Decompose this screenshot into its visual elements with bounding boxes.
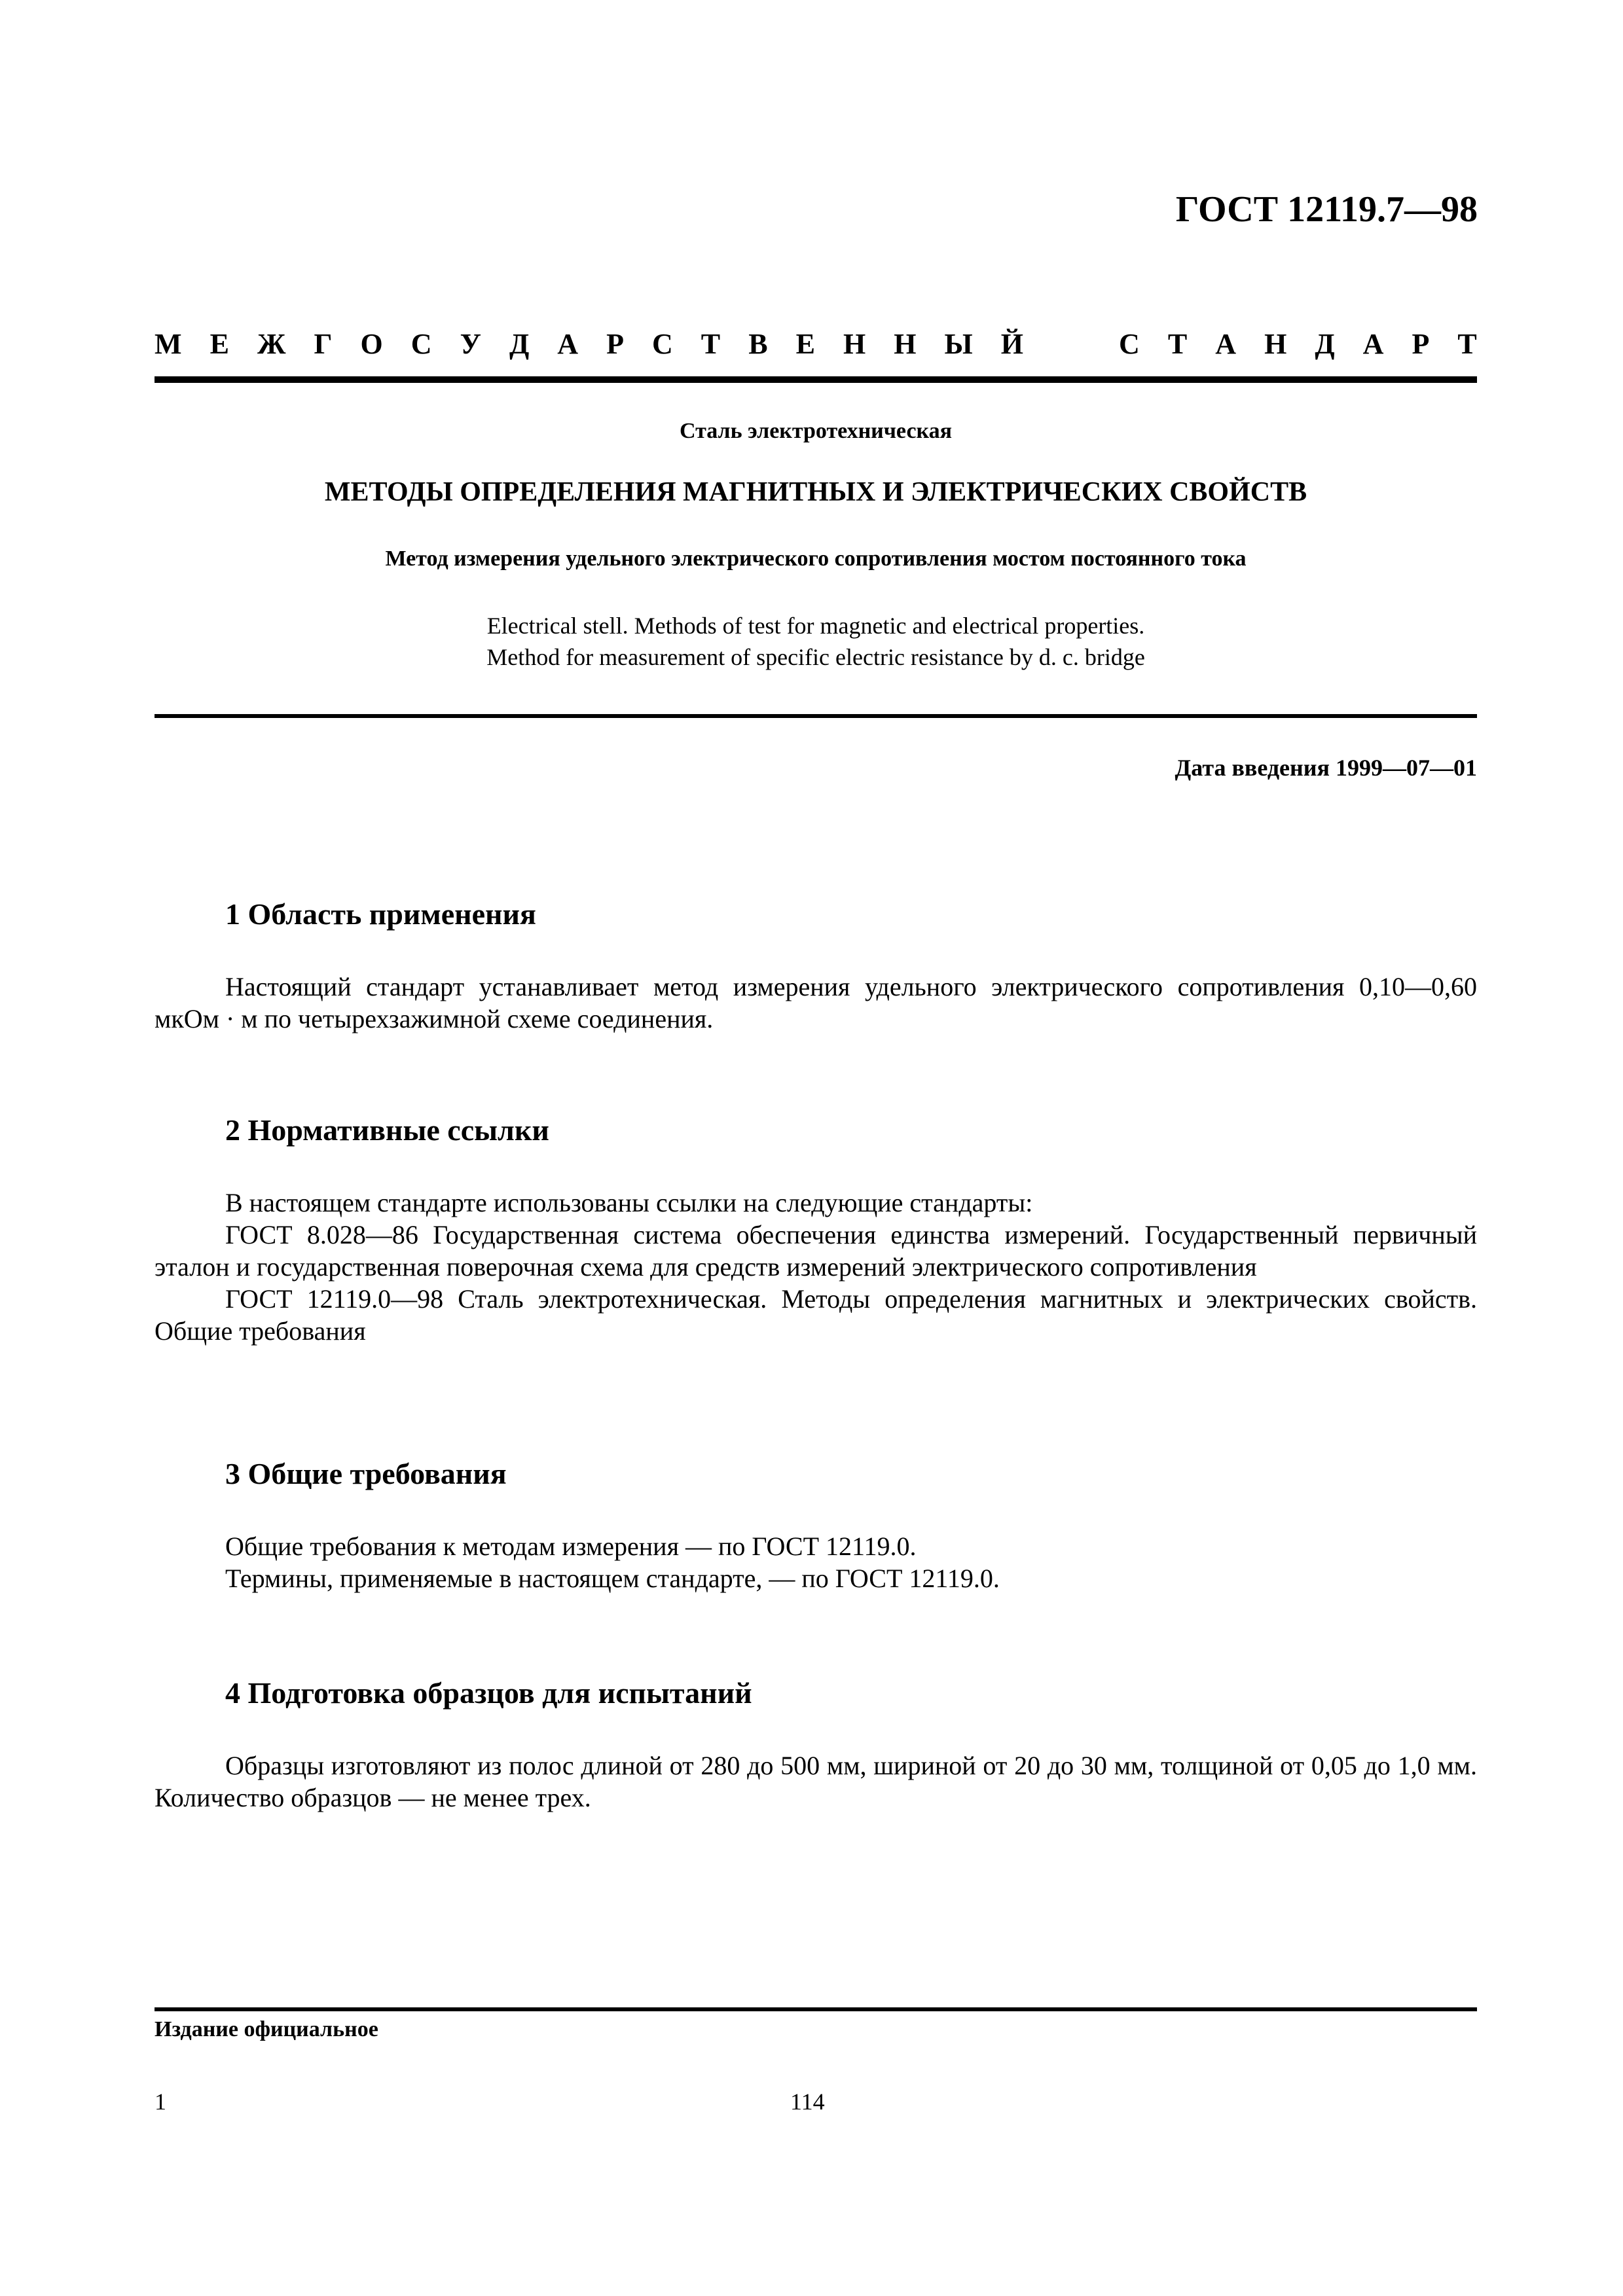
section-3-paragraph-2: Термины, применяемые в настоящем стандар… xyxy=(155,1562,1477,1594)
section-1-body: Настоящий стандарт устанавливает метод и… xyxy=(155,971,1477,1035)
section-4-heading: 4 Подготовка образцов для испытаний xyxy=(155,1676,1548,1710)
banner-letter: В xyxy=(748,327,767,367)
section-3-body: Общие требования к методам измерения — п… xyxy=(155,1530,1477,1594)
page-number-center: 114 xyxy=(790,2088,825,2115)
banner-letter: Й xyxy=(1001,327,1023,367)
banner-letter: Н xyxy=(1264,327,1286,367)
banner-letter: О xyxy=(361,327,383,367)
banner-letter: Е xyxy=(796,327,815,367)
section-2-body: В настоящем стандарте использованы ссылк… xyxy=(155,1187,1477,1347)
introduction-date: Дата введения 1999—07—01 xyxy=(155,754,1477,781)
banner-letter: С xyxy=(1119,327,1140,367)
section-3-heading: 3 Общие требования xyxy=(155,1456,1548,1491)
banner-letter: Н xyxy=(894,327,916,367)
section-4-body: Образцы изготовляют из полос длиной от 2… xyxy=(155,1749,1477,1814)
banner-letter: А xyxy=(1215,327,1236,367)
banner-letter: С xyxy=(411,327,432,367)
english-title-line-1: Electrical stell. Methods of test for ma… xyxy=(155,610,1477,641)
section-1-heading: 1 Область применения xyxy=(155,897,1548,931)
banner-letter: А xyxy=(1363,327,1384,367)
banner-letter: А xyxy=(557,327,578,367)
section-2-heading: 2 Нормативные ссылки xyxy=(155,1113,1548,1147)
subject-line: Сталь электротехническая xyxy=(155,419,1477,444)
banner-letter: Е xyxy=(210,327,229,367)
banner-letter: Р xyxy=(1412,327,1429,367)
title-block-rule xyxy=(155,714,1477,718)
banner-letter: Т xyxy=(701,327,720,367)
main-title: МЕТОДЫ ОПРЕДЕЛЕНИЯ МАГНИТНЫХ И ЭЛЕКТРИЧЕ… xyxy=(155,476,1477,508)
method-title: Метод измерения удельного электрического… xyxy=(155,547,1477,571)
banner-letter: С xyxy=(652,327,673,367)
banner-letter: Т xyxy=(1457,327,1476,367)
document-number: ГОСТ 12119.7—98 xyxy=(1176,188,1478,230)
footer-rule xyxy=(155,2007,1477,2011)
banner-letter: Г xyxy=(314,327,333,367)
english-title-line-2: Method for measurement of specific elect… xyxy=(155,641,1477,673)
header-rule xyxy=(155,376,1477,383)
banner-letter: Н xyxy=(843,327,866,367)
section-2-reference-gost-12119-0: ГОСТ 12119.0—98 Сталь электротехническая… xyxy=(155,1283,1477,1347)
banner-letter: М xyxy=(155,327,182,367)
section-1-paragraph-1: Настоящий стандарт устанавливает метод и… xyxy=(155,971,1477,1035)
section-2-paragraph-1: В настоящем стандарте использованы ссылк… xyxy=(155,1187,1477,1219)
page-number-left: 1 xyxy=(155,2088,166,2115)
banner-letter: Д xyxy=(509,327,529,367)
section-3-paragraph-1: Общие требования к методам измерения — п… xyxy=(155,1530,1477,1562)
section-2-reference-gost-8-028: ГОСТ 8.028—86 Государственная система об… xyxy=(155,1219,1477,1283)
official-edition-label: Издание официальное xyxy=(155,2017,1477,2042)
banner-letter: Ж xyxy=(257,327,286,367)
banner-word-gap xyxy=(1051,327,1091,367)
banner-letter: Р xyxy=(606,327,624,367)
section-4-paragraph-1: Образцы изготовляют из полос длиной от 2… xyxy=(155,1749,1477,1814)
banner-letter: Ы xyxy=(945,327,973,367)
banner-letter: У xyxy=(460,327,481,367)
interstate-standard-banner: МЕЖГОСУДАРСТВЕННЫЙСТАНДАРТ xyxy=(155,327,1477,367)
banner-letter: Д xyxy=(1315,327,1334,367)
banner-letter: Т xyxy=(1168,327,1187,367)
english-title: Electrical stell. Methods of test for ma… xyxy=(155,610,1477,673)
